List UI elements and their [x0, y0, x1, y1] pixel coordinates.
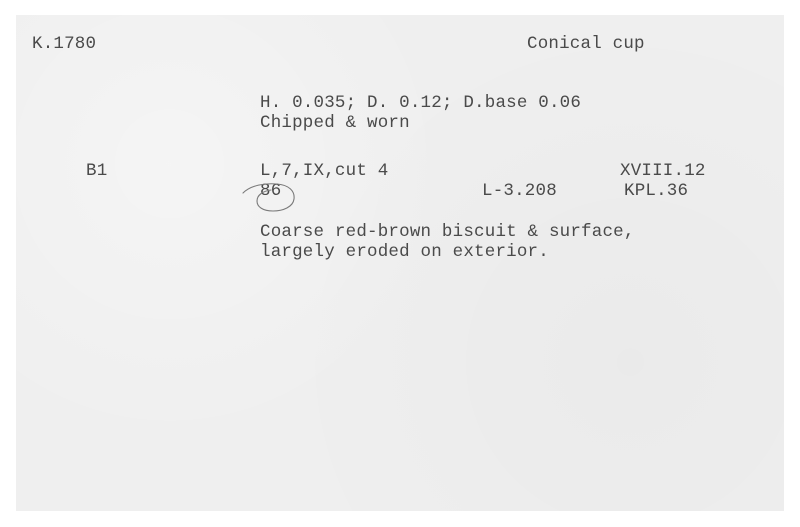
description-line-2: largely eroded on exterior.	[260, 242, 549, 262]
pencil-circle-mark	[241, 177, 331, 217]
description-line-1: Coarse red-brown biscuit & surface,	[260, 222, 635, 242]
catalog-number: K.1780	[32, 34, 96, 54]
circled-number: 86	[260, 181, 281, 201]
date-reference: XVIII.12	[620, 161, 706, 181]
condition: Chipped & worn	[260, 113, 410, 133]
plate-reference: KPL.36	[624, 181, 688, 201]
object-type: Conical cup	[527, 34, 645, 54]
find-context: L,7,IX,cut 4	[260, 161, 388, 181]
lot-reference: L-3.208	[482, 181, 557, 201]
index-card: K.1780 Conical cup H. 0.035; D. 0.12; D.…	[16, 15, 784, 511]
dimensions: H. 0.035; D. 0.12; D.base 0.06	[260, 93, 581, 113]
grid-reference: B1	[86, 161, 107, 181]
